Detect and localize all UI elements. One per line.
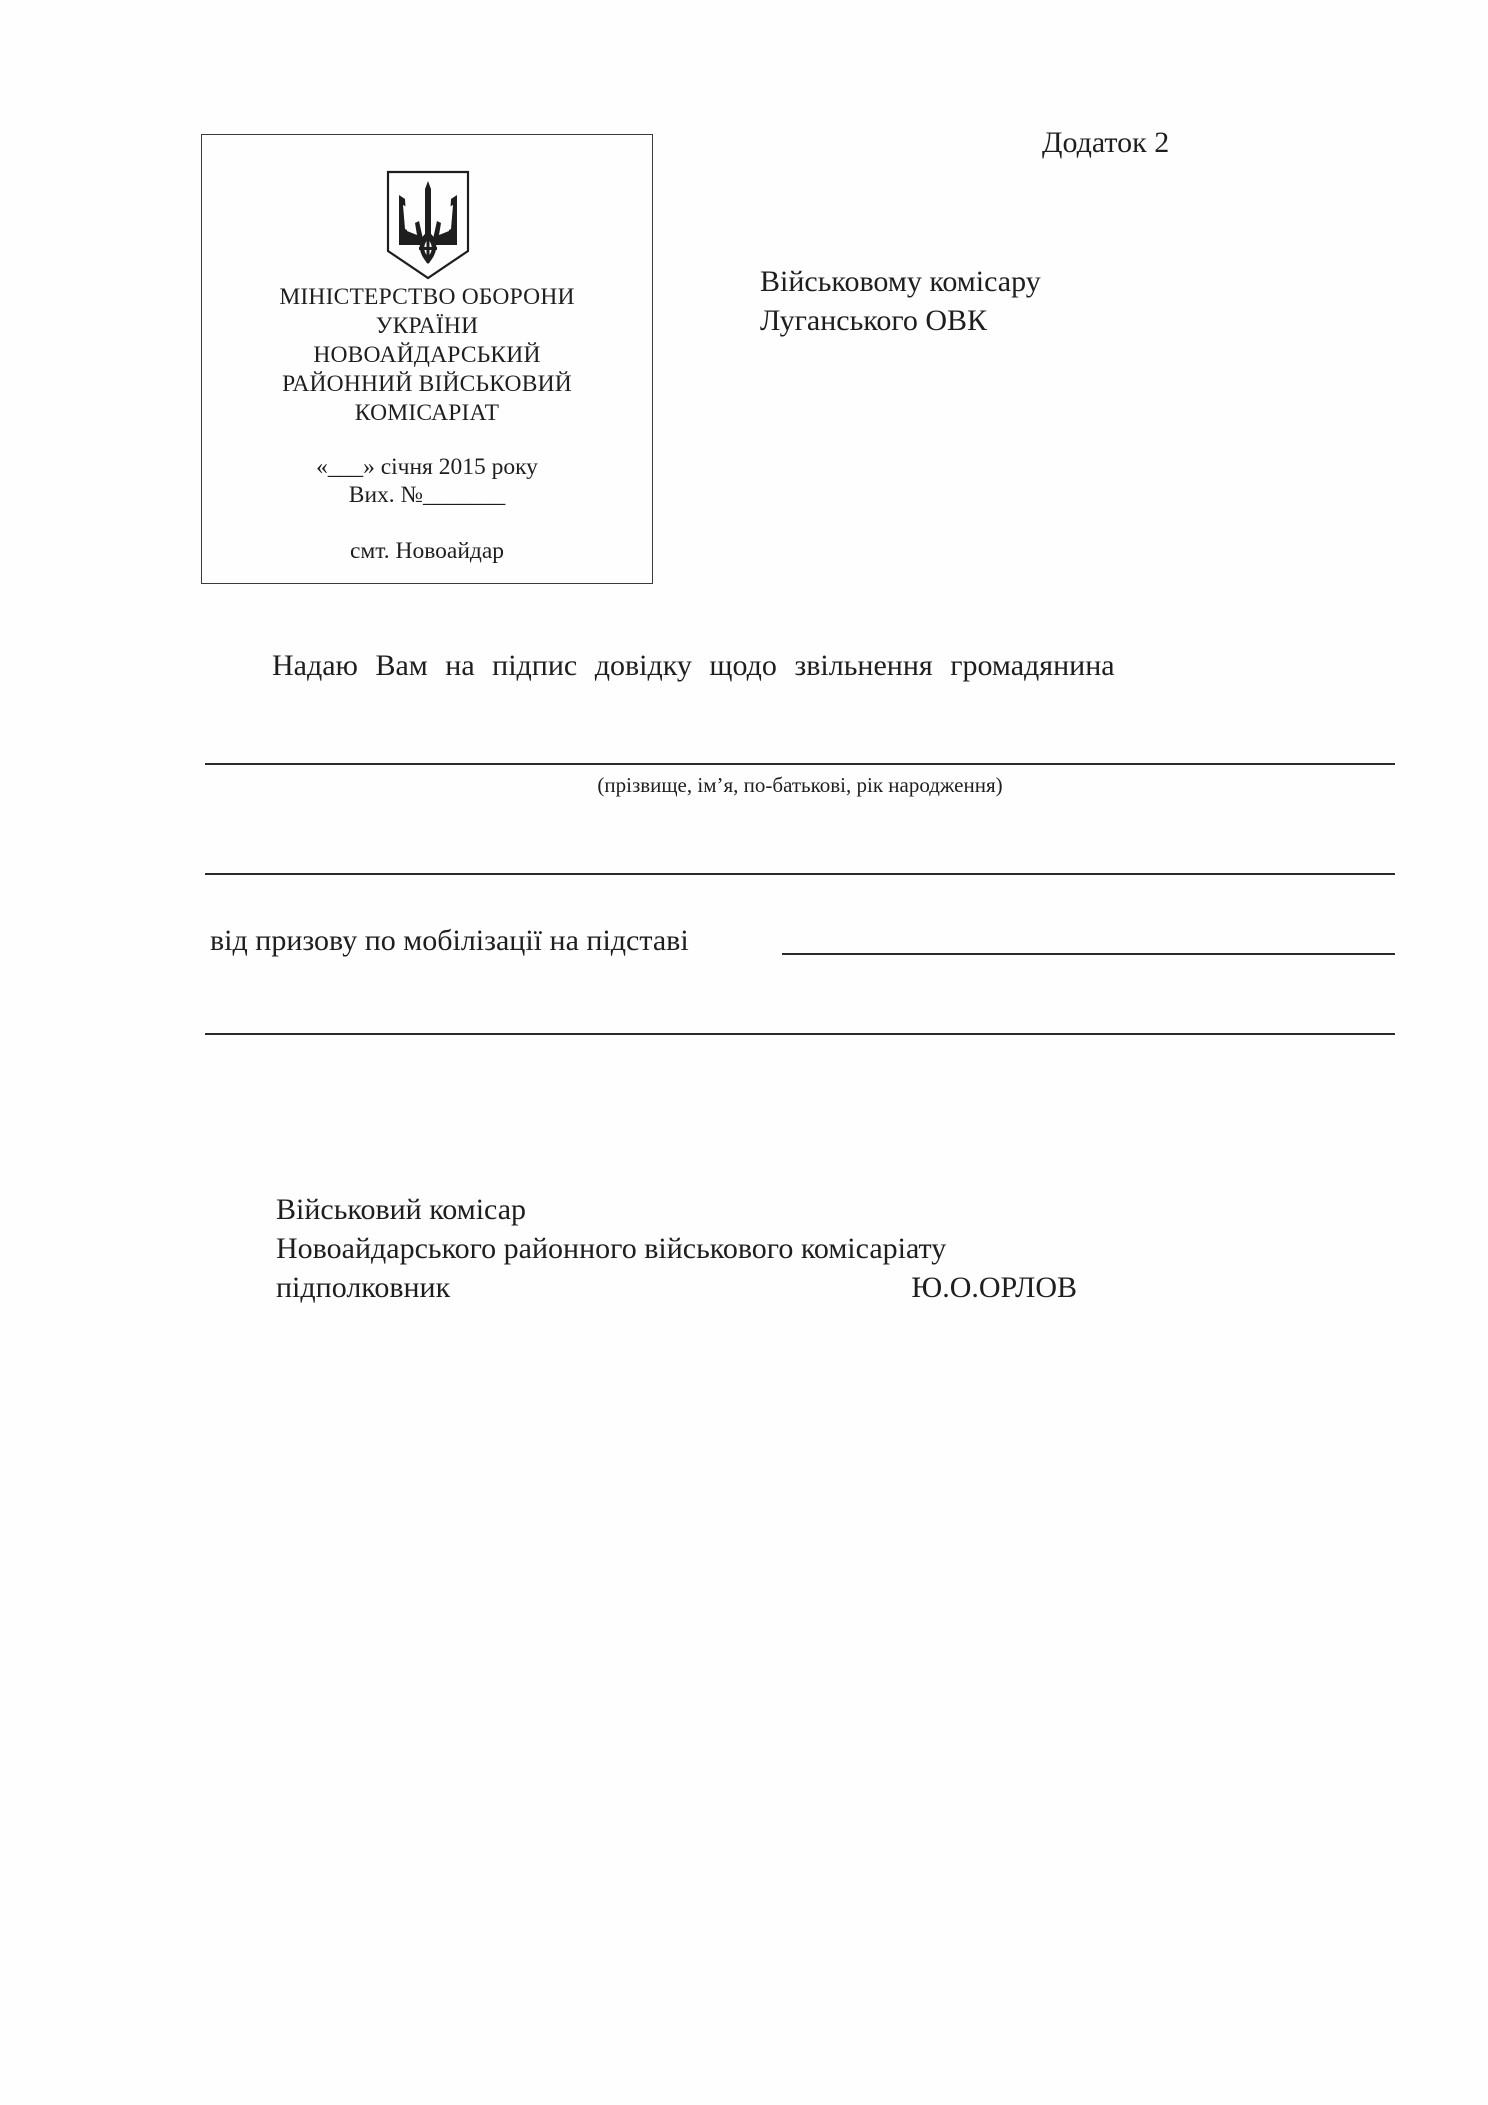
stamp-date-block: «___» січня 2015 року Вих. №_______ [202,453,652,509]
name-field-line-2[interactable] [205,873,1395,875]
signature-rank: підполковник [276,1271,450,1304]
basis-label: від призову по мобілізації на підставі [210,923,689,959]
coat-of-arms-icon [385,169,471,281]
letterhead-stamp: МІНІСТЕРСТВО ОБОРОНИ УКРАЇНИ НОВОАЙДАРСЬ… [201,134,653,584]
org-line: КОМІСАРІАТ [202,399,652,428]
date-line: «___» січня 2015 року [202,453,652,481]
basis-field-line[interactable] [782,953,1395,955]
organization-name: МІНІСТЕРСТВО ОБОРОНИ УКРАЇНИ НОВОАЙДАРСЬ… [202,283,652,428]
outgoing-number-line: Вих. №_______ [202,481,652,509]
name-field-caption: (прізвище, ім’я, по-батькові, рік народж… [205,772,1395,798]
org-line: РАЙОННИЙ ВІЙСЬКОВИЙ [202,370,652,399]
document-page: Додаток 2 МІНІСТЕРСТВО ОБОРОНИ УКРАЇНИ Н… [0,0,1488,2105]
signature-organization: Новоайдарського районного військового ко… [276,1229,1076,1268]
basis-field-line-2[interactable] [205,1033,1395,1035]
signature-title: Військовий комісар [276,1190,1076,1229]
org-line: МІНІСТЕРСТВО ОБОРОНИ [202,283,652,312]
intro-paragraph: Надаю Вам на підпис довідку щодо звільне… [272,648,1402,684]
stamp-town: смт. Новоайдар [202,537,652,565]
addressee-block: Військовому комісару Луганського ОВК [760,262,1041,340]
org-line: УКРАЇНИ [202,312,652,341]
addressee-line: Луганського ОВК [760,301,1041,340]
signature-rank-row: підполковник Ю.О.ОРЛОВ [276,1268,1076,1307]
signature-block: Військовий комісар Новоайдарського район… [276,1190,1076,1307]
signature-name: Ю.О.ОРЛОВ [911,1268,1077,1307]
name-field-line[interactable] [205,763,1395,765]
org-line: НОВОАЙДАРСЬКИЙ [202,341,652,370]
appendix-label: Додаток 2 [1042,125,1169,161]
addressee-line: Військовому комісару [760,262,1041,301]
